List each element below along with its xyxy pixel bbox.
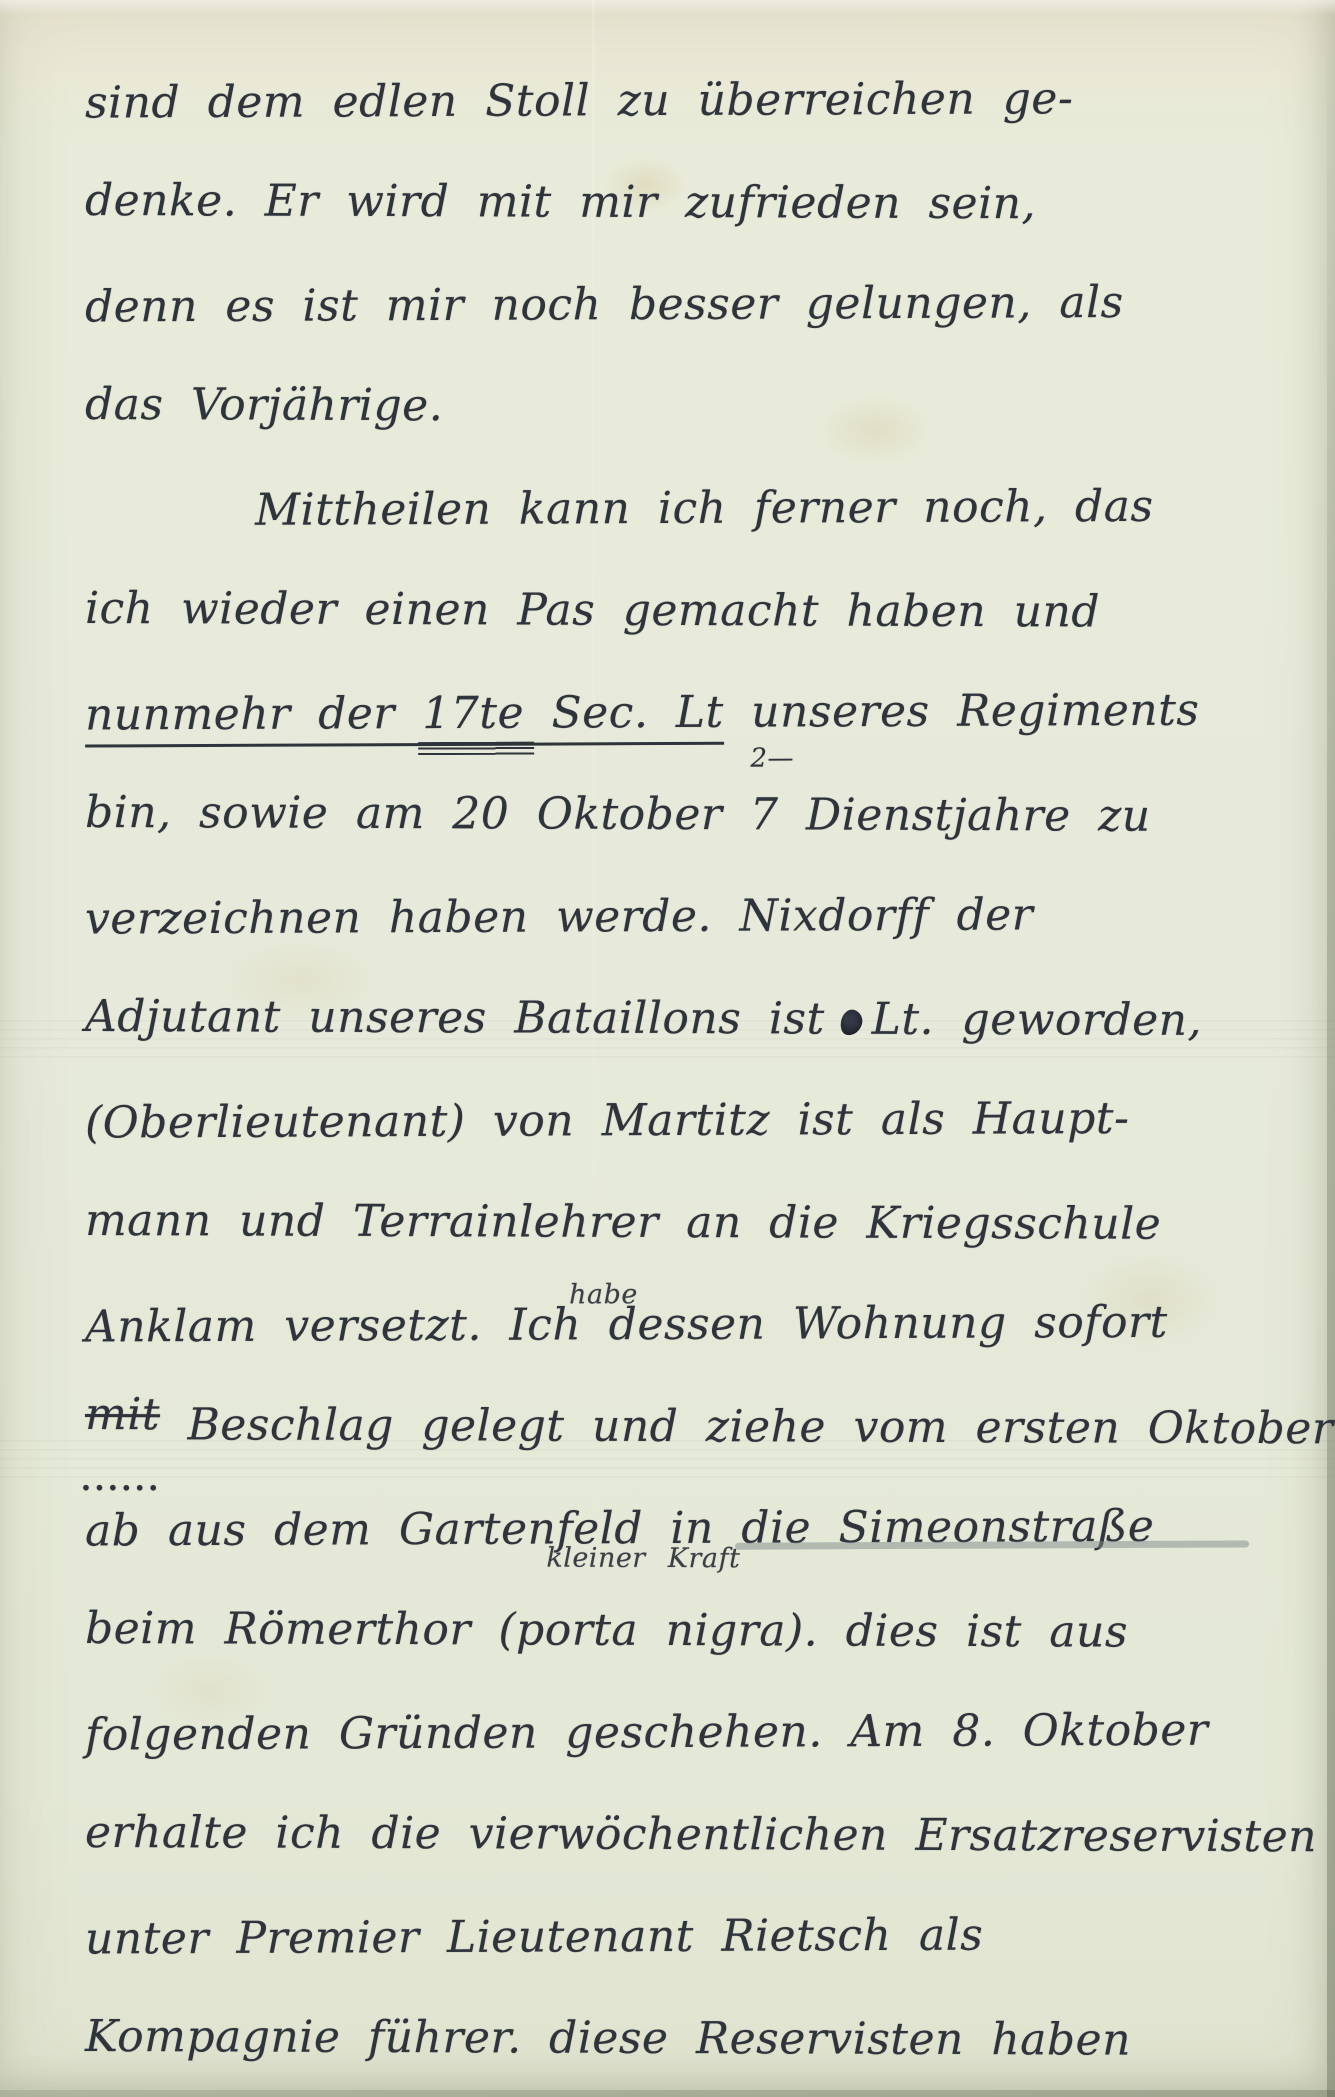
handwriting-line: Kompagnie führer. diese Reservisten habe…	[0, 1986, 1335, 2093]
handwriting-line: mann und Terrainlehrer an die Kriegsschu…	[0, 1170, 1335, 1277]
handwriting-line: mit...... Beschlag gelegt und ziehe vom …	[0, 1374, 1335, 1481]
handwriting-line: Adjutant unseres Bataillons istLt. gewor…	[0, 966, 1335, 1073]
line-segment: dessen Wohnung sofort	[609, 1297, 1168, 1350]
scan-top-glow	[0, 0, 1335, 16]
line-segment: Anklam versetzt. Ich	[85, 1299, 581, 1352]
line-segment: Lt. geworden,	[872, 994, 1202, 1046]
handwriting-line: das Vorjährige.	[0, 354, 1335, 461]
line-segment: Beschlag gelegt und ziehe vom ersten Okt…	[187, 1399, 1333, 1454]
handwriting-line: unter Premier Lieutenant Rietsch als	[0, 1883, 1335, 1991]
emphasized-date: 17te	[422, 688, 524, 739]
line-segment: beim Römerthor (	[85, 1603, 516, 1656]
interlinear-insertion: kleiner Kraft	[546, 1545, 740, 1573]
line-remainder: unseres Regiments	[724, 685, 1200, 738]
handwriting-line: verzeichnen haben werde. Nixdorff der	[0, 863, 1335, 971]
latin-phrase: kleiner Kraftporta nigra	[516, 1604, 786, 1656]
pencil-underlined-street-name: die Simeonstraße	[741, 1501, 1154, 1554]
line-segment: Adjutant unseres Bataillons ist	[85, 991, 825, 1045]
handwriting-line: bin, sowie am 20 Oktober 7 Dienstjahre z…	[0, 762, 1335, 869]
letter-page: sind dem edlen Stoll zu überreichen ge- …	[0, 0, 1335, 2097]
underlined-text: Sec. Lt2—	[524, 687, 724, 739]
handwriting-line: denke. Er wird mit mir zufrieden sein,	[0, 150, 1335, 257]
letter-body: sind dem edlen Stoll zu überreichen ge- …	[0, 50, 1335, 2090]
handwriting-line: sind dem edlen Stoll zu überreichen ge-	[0, 47, 1335, 155]
handwriting-line: erhalte ich die vierwöchentlichen Ersatz…	[0, 1782, 1335, 1889]
underlined-phrase: nunmehr der 17te Sec. Lt2—	[85, 687, 724, 748]
ink-blot	[838, 1007, 865, 1037]
line-segment: ). dies ist aus	[786, 1605, 1128, 1657]
handwriting-line: Anklam versetzt. Ichhabe dessen Wohnung …	[0, 1271, 1335, 1379]
underlined-text: nunmehr der	[85, 688, 423, 740]
handwriting-line: folgenden Gründen geschehen. Am 8. Oktob…	[0, 1679, 1335, 1787]
handwriting-line paragraph-start: Mittheilen kann ich ferner noch, das	[0, 455, 1335, 563]
handwriting-line: (Oberlieutenant) von Martitz ist als Hau…	[0, 1067, 1335, 1175]
handwriting-line: ich wieder einen Pas gemacht haben und	[0, 558, 1335, 665]
interlinear-insertion: habe	[569, 1281, 638, 1308]
handwriting-line: nunmehr der 17te Sec. Lt2— unseres Regim…	[0, 659, 1335, 767]
struck-word-with-stet-dots: mit......	[85, 1364, 160, 1466]
handwriting-line: denn es ist mir noch besser gelungen, al…	[0, 251, 1335, 359]
handwriting-line: beim Römerthor (kleiner Kraftporta nigra…	[0, 1578, 1335, 1685]
